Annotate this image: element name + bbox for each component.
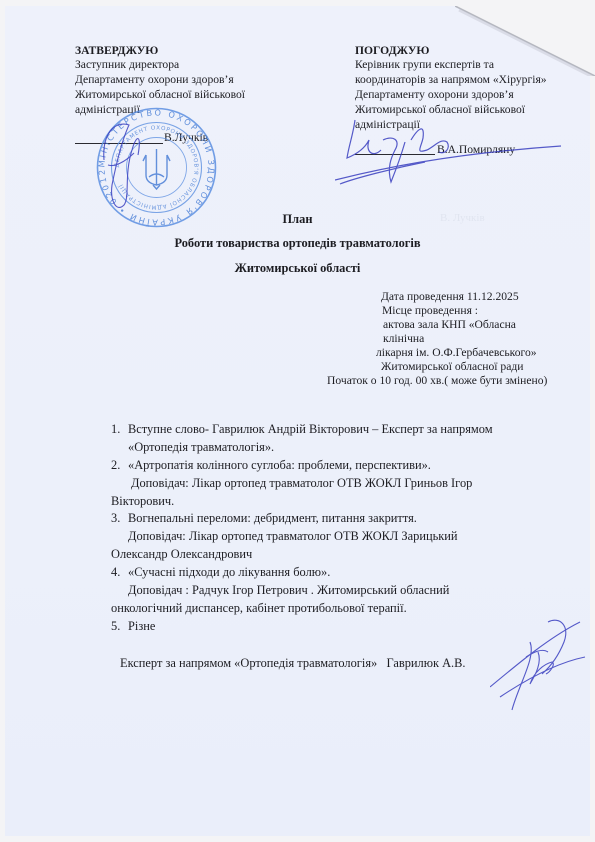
- event-start-time: Початок о 10 год. 00 хв.( може бути змін…: [327, 375, 547, 387]
- approve-line: Заступник директора: [75, 59, 179, 71]
- agree-line: Житомирської обласної військової: [355, 104, 525, 116]
- agenda-number: 4.: [111, 566, 120, 578]
- agree-heading: ПОГОДЖУЮ: [355, 45, 429, 57]
- plan-subtitle: Роботи товариства ортопедів травматологі…: [0, 237, 595, 249]
- agenda-line: Різне: [128, 620, 155, 632]
- agenda-number: 2.: [111, 459, 120, 471]
- expert-signoff: Експерт за напрямом «Ортопедія травматол…: [120, 657, 466, 669]
- approve-line: Житомирської обласної військової: [75, 89, 245, 101]
- agree-signatory: В.А.Помирляну: [437, 144, 515, 156]
- document-page: [5, 6, 517, 836]
- event-place-line: лікарня ім. О.Ф.Гербачевського»: [376, 347, 537, 359]
- approve-signatory: В.Лучків: [164, 132, 208, 144]
- agree-line: Керівник групи експертів та: [355, 59, 494, 71]
- agenda-line: онкологічний диспансер, кабінет протибол…: [111, 602, 407, 614]
- agenda-line: Олександр Олександрович: [111, 548, 252, 560]
- document-page-right: [517, 6, 590, 836]
- agree-line: адміністрації: [355, 119, 420, 131]
- plan-region: Житомирської області: [0, 262, 595, 274]
- agenda-line: Доповідач : Радчук Ігор Петрович . Житом…: [128, 584, 449, 596]
- event-date: Дата проведення 11.12.2025: [381, 291, 519, 303]
- agenda-line: Доповідач: Лікар ортопед травматолог ОТВ…: [131, 477, 472, 489]
- agenda-number: 5.: [111, 620, 120, 632]
- agenda-line: «Ортопедія травматологія».: [128, 441, 274, 453]
- event-place-label: Місце проведення :: [382, 305, 478, 317]
- event-place-line: клінічна: [383, 333, 424, 345]
- event-place-line: актова зала КНП «Обласна: [383, 319, 516, 331]
- approve-signature-line: [75, 143, 163, 144]
- agenda-line: «Сучасні підходи до лікування болю».: [128, 566, 330, 578]
- plan-title: План: [0, 213, 595, 225]
- approve-line: адміністрації: [75, 104, 140, 116]
- agenda-line: «Артропатія колінного суглоба: проблеми,…: [128, 459, 431, 471]
- agenda-line: Вікторович.: [111, 495, 174, 507]
- event-place-line: Житомирської обласної ради: [381, 361, 523, 373]
- agree-line: Департаменту охорони здоров’я: [355, 89, 514, 101]
- approve-heading: ЗАТВЕРДЖУЮ: [75, 45, 158, 57]
- agenda-line: Вогнепальні переломи: дебридмент, питанн…: [128, 512, 417, 524]
- agenda-number: 3.: [111, 512, 120, 524]
- approve-line: Департаменту охорони здоров’я: [75, 74, 234, 86]
- agenda-number: 1.: [111, 423, 120, 435]
- agree-line: координаторів за напрямом «Хірургія»: [355, 74, 547, 86]
- agree-signature-line: [355, 154, 435, 155]
- agenda-line: Доповідач: Лікар ортопед травматолог ОТВ…: [128, 530, 458, 542]
- agenda-line: Вступне слово- Гаврилюк Андрій Вікторови…: [128, 423, 493, 435]
